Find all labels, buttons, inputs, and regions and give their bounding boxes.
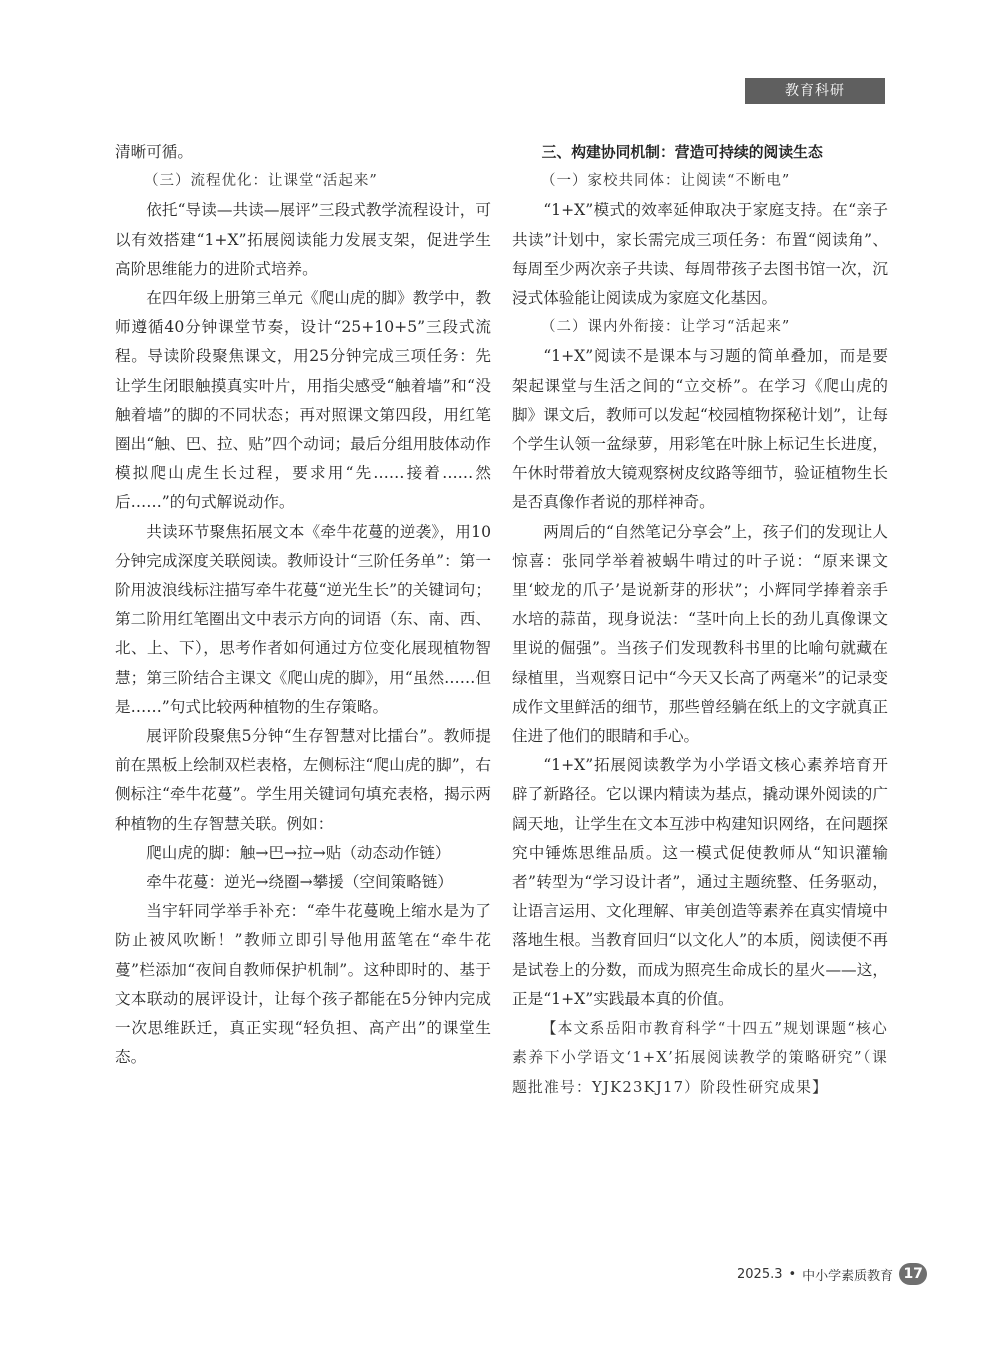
left-column: 清晰可循。 （三）流程优化：让课堂“活起来” 依托“导读—共读—展评”三段式教学…	[115, 138, 491, 1073]
subheading: （一）家校共同体：让阅读“不断电”	[512, 167, 888, 196]
example-line: 爬山虎的脚：触→巴→拉→贴（动态动作链）	[115, 839, 491, 868]
section-badge: 教育科研	[745, 78, 885, 104]
paragraph: “1+X”模式的效率延伸取决于家庭支持。在“亲子共读”计划中，家长需完成三项任务…	[512, 196, 888, 313]
paragraph: 展评阶段聚焦5分钟“生存智慧对比擂台”。教师提前在黑板上绘制双栏表格，左侧标注“…	[115, 722, 491, 839]
paragraph: “1+X”拓展阅读教学为小学语文核心素养培育开辟了新路径。它以课内精读为基点，撬…	[512, 751, 888, 1014]
paragraph: “1+X”阅读不是课本与习题的简单叠加，而是要架起课堂与生活之间的“立交桥”。在…	[512, 342, 888, 517]
journal-name: 中小学素质教育	[802, 1265, 893, 1284]
page-footer: 2025.3 • 中小学素质教育 17	[737, 1263, 927, 1285]
paragraph: 清晰可循。	[115, 138, 491, 167]
page-number: 17	[899, 1263, 927, 1285]
subheading: （三）流程优化：让课堂“活起来”	[115, 167, 491, 196]
issue-label: 2025.3	[737, 1267, 783, 1282]
right-column: 三、构建协同机制：营造可持续的阅读生态 （一）家校共同体：让阅读“不断电” “1…	[512, 138, 888, 1102]
subheading: （二）课内外衔接：让学习“活起来”	[512, 313, 888, 342]
example-line: 牵牛花蔓：逆光→绕圈→攀援（空间策略链）	[115, 868, 491, 897]
section-heading: 三、构建协同机制：营造可持续的阅读生态	[512, 138, 888, 167]
paragraph: 依托“导读—共读—展评”三段式教学流程设计，可以有效搭建“1+X”拓展阅读能力发…	[115, 196, 491, 284]
paragraph: 共读环节聚焦拓展文本《牵牛花蔓的逆袭》，用10分钟完成深度关联阅读。教师设计“三…	[115, 518, 491, 722]
paragraph: 当宇轩同学举手补充：“牵牛花蔓晚上缩水是为了防止被风吹断！”教师立即引导他用蓝笔…	[115, 897, 491, 1072]
separator-dot: •	[789, 1267, 797, 1282]
paragraph: 在四年级上册第三单元《爬山虎的脚》教学中，教师遵循40分钟课堂节奏，设计“25+…	[115, 284, 491, 518]
funding-note: 【本文系岳阳市教育科学“十四五”规划课题“核心素养下小学语文‘1+X’拓展阅读教…	[512, 1014, 888, 1102]
paragraph: 两周后的“自然笔记分享会”上，孩子们的发现让人惊喜：张同学举着被蜗牛啃过的叶子说…	[512, 518, 888, 752]
